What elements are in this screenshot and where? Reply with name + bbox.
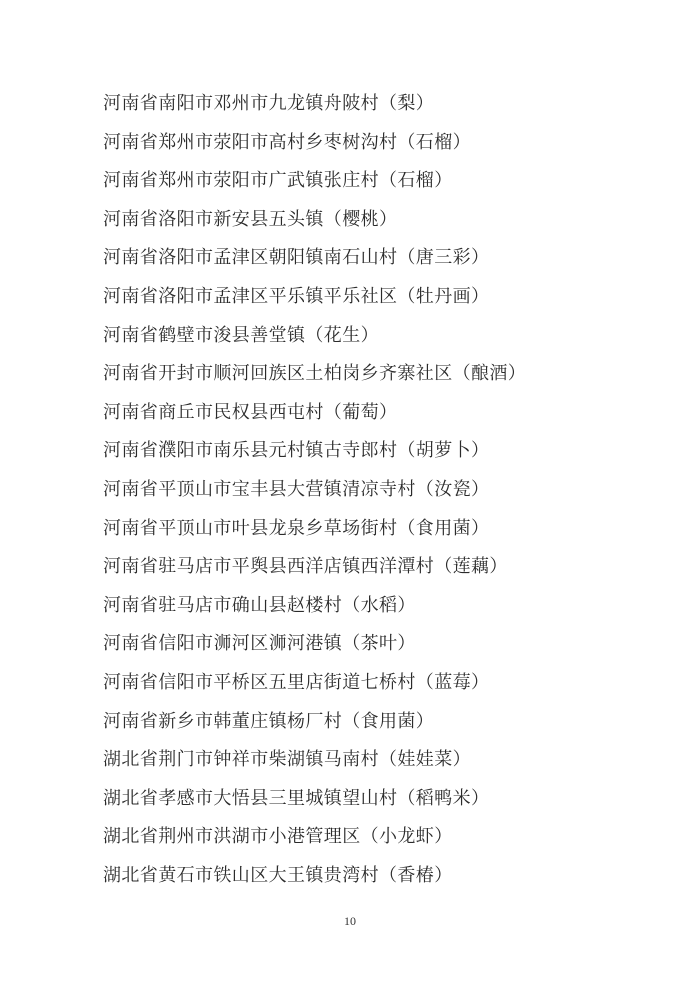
list-item: 河南省驻马店市平舆县西洋店镇西洋潭村（莲藕）: [103, 547, 620, 586]
list-item: 湖北省荆门市钟祥市柴湖镇马南村（娃娃菜）: [103, 740, 620, 779]
list-item: 湖北省荆州市洪湖市小港管理区（小龙虾）: [103, 817, 620, 856]
list-item: 河南省平顶山市叶县龙泉乡草场街村（食用菌）: [103, 509, 620, 548]
list-item: 河南省洛阳市新安县五头镇（樱桃）: [103, 200, 620, 239]
list-of-locations: 河南省南阳市邓州市九龙镇舟陂村（梨） 河南省郑州市荥阳市高村乡枣树沟村（石榴） …: [103, 84, 620, 894]
list-item: 河南省濮阳市南乐县元村镇古寺郎村（胡萝卜）: [103, 431, 620, 470]
list-item: 河南省商丘市民权县西屯村（葡萄）: [103, 393, 620, 432]
list-item: 湖北省黄石市铁山区大王镇贵湾村（香椿）: [103, 856, 620, 895]
list-item: 河南省信阳市浉河区浉河港镇（茶叶）: [103, 624, 620, 663]
list-item: 河南省新乡市韩董庄镇杨厂村（食用菌）: [103, 702, 620, 741]
list-item: 河南省鹤壁市浚县善堂镇（花生）: [103, 316, 620, 355]
list-item: 河南省信阳市平桥区五里店街道七桥村（蓝莓）: [103, 663, 620, 702]
document-page: 河南省南阳市邓州市九龙镇舟陂村（梨） 河南省郑州市荥阳市高村乡枣树沟村（石榴） …: [0, 0, 700, 990]
list-item: 河南省开封市顺河回族区土柏岗乡齐寨社区（酿酒）: [103, 354, 620, 393]
list-item: 河南省平顶山市宝丰县大营镇清凉寺村（汝瓷）: [103, 470, 620, 509]
list-item: 河南省郑州市荥阳市高村乡枣树沟村（石榴）: [103, 123, 620, 162]
list-item: 湖北省孝感市大悟县三里城镇望山村（稻鸭米）: [103, 779, 620, 818]
page-footer: 10: [0, 912, 700, 930]
page-number: 10: [344, 914, 356, 928]
list-item: 河南省南阳市邓州市九龙镇舟陂村（梨）: [103, 84, 620, 123]
list-item: 河南省驻马店市确山县赵楼村（水稻）: [103, 586, 620, 625]
list-item: 河南省郑州市荥阳市广武镇张庄村（石榴）: [103, 161, 620, 200]
list-item: 河南省洛阳市孟津区平乐镇平乐社区（牡丹画）: [103, 277, 620, 316]
list-item: 河南省洛阳市孟津区朝阳镇南石山村（唐三彩）: [103, 238, 620, 277]
